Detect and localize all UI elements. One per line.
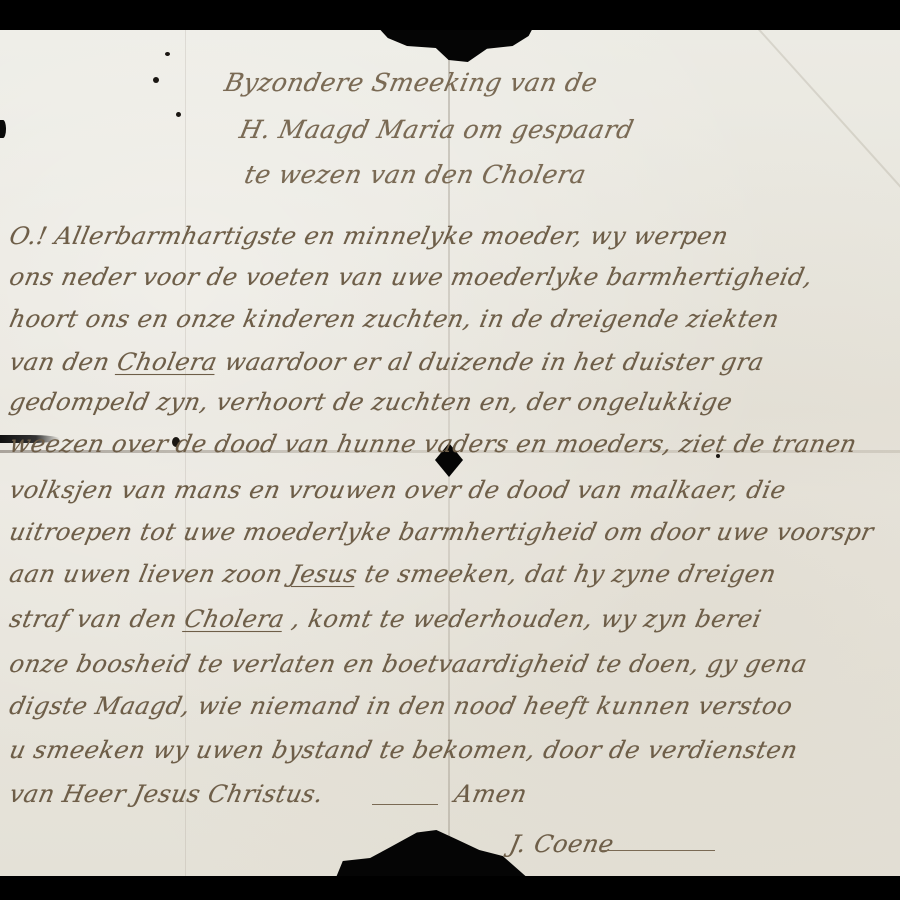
body-line-10: straf van den Cholera , komt te wederhou… [7, 605, 764, 633]
body-line-2: ons neder voor de voeten van uwe moederl… [7, 263, 815, 291]
closing-amen: Amen [452, 780, 530, 808]
body-line-13: u smeeken wy uwen bystand te bekomen, do… [7, 736, 800, 764]
signature-flourish [600, 850, 715, 851]
body-line-3: hoort ons en onze kinderen zuchten, in d… [7, 305, 782, 333]
body-line-1: O.! Allerbarmhartigste en minnelyke moed… [7, 222, 731, 250]
closing-dash [372, 804, 438, 805]
body-line-14: van Heer Jesus Christus. [7, 780, 326, 808]
body-line-11: onze boosheid te verlaten en boetvaardig… [7, 650, 810, 678]
body-line-10-end: , komt te wederhouden, wy zyn berei [289, 605, 764, 633]
body-line-9: aan uwen lieven zoon Jesus te smeeken, d… [7, 560, 779, 588]
jesus-underlined: Jesus [288, 560, 360, 588]
title-line-1: Byzondere Smeeking van de [222, 68, 600, 97]
cholera-underlined-2: Cholera [182, 605, 287, 633]
body-line-10-start: straf van den [7, 605, 180, 633]
body-line-7: volksjen van mans en vrouwen over de doo… [7, 476, 789, 504]
title-line-3: te wezen van den Cholera [242, 160, 589, 189]
cholera-underlined: Cholera [115, 348, 220, 376]
body-line-6: weezen over de dood van hunne vaders en … [7, 430, 859, 458]
body-line-9-end: te smeeken, dat hy zyne dreigen [362, 560, 779, 588]
body-line-4-start: van den [7, 348, 112, 376]
document-frame: Byzondere Smeeking van de H. Maagd Maria… [0, 0, 900, 900]
body-line-4: van den Cholera waardoor er al duizende … [7, 348, 767, 376]
letter-paper: Byzondere Smeeking van de H. Maagd Maria… [0, 30, 900, 876]
body-line-9-start: aan uwen lieven zoon [7, 560, 285, 588]
body-line-12: digste Maagd, wie niemand in den nood he… [7, 692, 795, 720]
body-line-5: gedompeld zyn, verhoort de zuchten en, d… [7, 388, 735, 416]
body-line-8: uitroepen tot uwe moederlyke barmhertigh… [7, 518, 876, 546]
body-line-4-end: waardoor er al duizende in het duister g… [222, 348, 766, 376]
handwritten-text: Byzondere Smeeking van de H. Maagd Maria… [0, 30, 900, 876]
signature: J. Coene [507, 830, 617, 858]
title-line-2: H. Maagd Maria om gespaard [237, 115, 637, 144]
